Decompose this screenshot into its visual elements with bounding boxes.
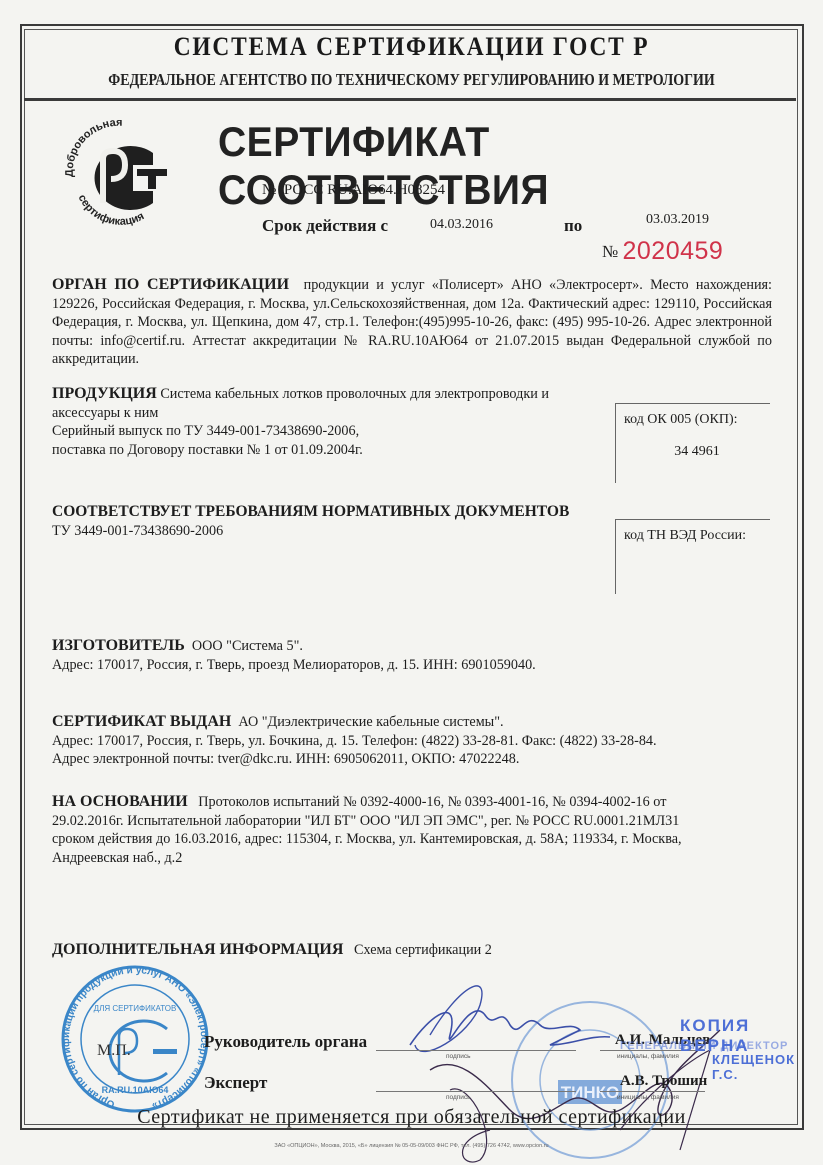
number-prefix: № (262, 182, 276, 198)
rst-logo-icon: Добровольная сертификация (55, 115, 180, 225)
product-line-2: аксессуары к ним (52, 405, 158, 421)
tnved-code-box: код ТН ВЭД России: (615, 519, 770, 594)
header-divider (24, 98, 796, 101)
additional-heading: ДОПОЛНИТЕЛЬНАЯ ИНФОРМАЦИЯ (52, 941, 343, 958)
additional-text: Схема сертификации 2 (354, 942, 492, 958)
okp-code: 34 4961 (624, 444, 770, 460)
validity-label: Срок действия с (262, 216, 388, 236)
certificate-title: СЕРТИФИКАТ СООТВЕТСТВИЯ (218, 118, 781, 214)
basis-line-4: Андреевская наб., д.2 (52, 850, 182, 866)
stamp-center-text: ДЛЯ СЕРТИФИКАТОВ (94, 1004, 177, 1013)
normative-document: ТУ 3449-001-73438690-2006 (52, 523, 223, 539)
serial-value: 2020459 (622, 237, 723, 265)
head-signature-line (376, 1050, 576, 1051)
certification-body-heading: ОРГАН ПО СЕРТИФИКАЦИИ (52, 276, 289, 293)
product-line-1: Система кабельных лотков проволочных для… (160, 386, 549, 402)
blank-serial-number: № 2020459 (602, 237, 723, 266)
conformity-section: СООТВЕТСТВУЕТ ТРЕБОВАНИЯМ НОРМАТИВНЫХ ДО… (52, 503, 622, 540)
manufacturer-section: ИЗГОТОВИТЕЛЬ ООО "Система 5". Адрес: 170… (52, 637, 772, 674)
manufacturer-name: ООО "Система 5". (192, 638, 303, 654)
manufacturer-address: Адрес: 170017, Россия, г. Тверь, проезд … (52, 657, 536, 673)
issued-to-section: СЕРТИФИКАТ ВЫДАН АО "Диэлектрические каб… (52, 713, 772, 769)
footer-note: Сертификат не применяется при обязательн… (0, 1106, 823, 1129)
certificate-number-value: РОСС RU.АЮ64.Н08254 (284, 182, 445, 198)
valid-to: 03.03.2019 (646, 212, 709, 228)
product-heading: ПРОДУКЦИЯ (52, 385, 157, 402)
basis-line-1: Протоколов испытаний № 0392-4000-16, № 0… (198, 794, 666, 810)
issued-to-name: АО "Диэлектрические кабельные системы". (238, 714, 503, 730)
expert-name-line (600, 1091, 705, 1092)
basis-heading: НА ОСНОВАНИИ (52, 793, 188, 810)
head-name-caption: инициалы, фамилия (617, 1053, 679, 1060)
product-section: ПРОДУКЦИЯ Система кабельных лотков прово… (52, 385, 612, 459)
basis-section: НА ОСНОВАНИИ Протоколов испытаний № 0392… (52, 793, 772, 867)
certification-body-stamp-icon: Орган по сертификации продукции и услуг … (55, 965, 215, 1115)
valid-from: 04.03.2016 (430, 217, 493, 233)
head-signature-caption: подпись (446, 1053, 471, 1060)
expert-name: А.В. Трошин (620, 1073, 707, 1090)
certification-body-section: ОРГАН ПО СЕРТИФИКАЦИИ продукции и услуг … (52, 276, 772, 369)
issued-to-heading: СЕРТИФИКАТ ВЫДАН (52, 713, 231, 730)
additional-section: ДОПОЛНИТЕЛЬНАЯ ИНФОРМАЦИЯ Схема сертифик… (52, 941, 772, 960)
to-label: по (564, 216, 582, 236)
product-line-3: Серийный выпуск по ТУ 3449-001-73438690-… (52, 423, 359, 439)
certificate-number: № РОСС RU.АЮ64.Н08254 (262, 182, 445, 199)
okp-label: код ОК 005 (ОКП): (624, 412, 770, 428)
expert-signature-line (376, 1091, 576, 1092)
serial-prefix: № (602, 242, 618, 261)
issued-to-address: Адрес: 170017, Россия, г. Тверь, ул. Боч… (52, 733, 657, 749)
okp-code-box: код ОК 005 (ОКП): 34 4961 (615, 403, 770, 483)
conformity-heading: СООТВЕТСТВУЕТ ТРЕБОВАНИЯМ НОРМАТИВНЫХ ДО… (52, 503, 569, 520)
basis-line-3: сроком действия до 16.03.2016, адрес: 11… (52, 831, 682, 847)
copy-stamp-position: ГЕНЕРАЛЬНЫЙ ДИРЕКТОР (620, 1040, 788, 1052)
expert-name-caption: инициалы, фамилия (617, 1094, 679, 1101)
manufacturer-heading: ИЗГОТОВИТЕЛЬ (52, 637, 185, 654)
system-heading: СИСТЕМА СЕРТИФИКАЦИИ ГОСТ Р (41, 32, 782, 62)
agency-heading: ФЕДЕРАЛЬНОЕ АГЕНТСТВО ПО ТЕХНИЧЕСКОМУ РЕ… (74, 70, 749, 90)
basis-line-2: 29.02.2016г. Испытательной лаборатории "… (52, 813, 679, 829)
copy-stamp-name: КЛЕЩЕНОК Г.С. (712, 1052, 823, 1082)
stamp-reg-text: RA.RU.10АЮ64 (102, 1085, 169, 1095)
expert-label: Эксперт (204, 1073, 267, 1093)
printer-imprint: ЗАО «ОПЦИОН», Москва, 2015, «Б» лицензия… (0, 1143, 823, 1149)
expert-signature-caption: подпись (446, 1094, 471, 1101)
head-of-body-label: Руководитель органа (204, 1032, 367, 1052)
issued-to-contacts: Адрес электронной почты: tver@dkc.ru. ИН… (52, 751, 519, 767)
stamp-place-label: М.П. (97, 1042, 131, 1060)
tnved-label: код ТН ВЭД России: (624, 528, 770, 544)
product-line-4: поставка по Договору поставки № 1 от 01.… (52, 442, 363, 458)
